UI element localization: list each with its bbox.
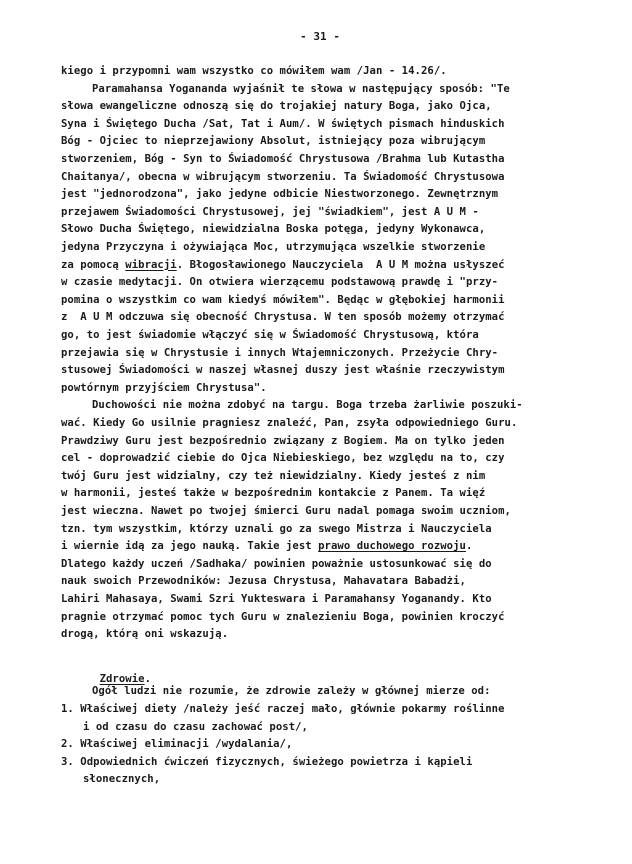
list-item: i od czasu do czasu zachować post/, xyxy=(83,720,308,734)
text-line: jest wieczna. Nawet po twojej śmierci Gu… xyxy=(61,504,511,518)
section-heading: Zdrowie. xyxy=(61,658,151,672)
text-line: w harmonii, jesteś także w bezpośrednim … xyxy=(61,486,485,500)
text-line: nauk swoich Przewodników: Jezusa Chrystu… xyxy=(61,574,466,588)
text-line: twój Guru jest widzialny, czy też niewid… xyxy=(61,469,485,483)
underlined-phrase: wibracji xyxy=(125,259,176,271)
text-line: Duchowości nie można zdobyć na targu. Bo… xyxy=(92,398,523,412)
text-line: jedyna Przyczyna i ożywiająca Moc, utrzy… xyxy=(61,240,485,254)
text-line: słowa ewangeliczne odnoszą się do trojak… xyxy=(61,99,492,113)
text-line: z A U M odczuwa się obecność Chrystusa. … xyxy=(61,310,505,324)
text-line: przejawia się w Chrystusie i innych Wtaj… xyxy=(61,346,498,360)
text-line: powtórnym przyjściem Chrystusa". xyxy=(61,381,267,395)
text-line: drogą, którą oni wskazują. xyxy=(61,627,228,641)
text-segment: za pomocą xyxy=(61,259,125,271)
text-line: tzn. tym wszystkim, którzy uznali go za … xyxy=(61,522,492,536)
underlined-phrase: prawo duchowego rozwoju xyxy=(318,540,466,552)
text-line: przejawem Świadomości Chrystusowej, jej … xyxy=(61,205,479,219)
text-segment: . Błogosławionego Nauczyciela A U M możn… xyxy=(177,259,505,271)
text-line: Lahiri Mahasaya, Swami Szri Yukteswara i… xyxy=(61,592,492,606)
text-line: kiego i przypomni wam wszystko co mówiłe… xyxy=(61,64,447,78)
text-line: pragnie otrzymać pomoc tych Guru w znale… xyxy=(61,610,505,624)
text-line: stworzeniem, Bóg - Syn to Świadomość Chr… xyxy=(61,152,505,166)
text-segment: . xyxy=(466,540,472,552)
text-line: go, to jest świadomie włączyć się w Świa… xyxy=(61,328,479,342)
text-segment: i wiernie idą za jego nauką. Takie jest xyxy=(61,540,318,552)
list-item: 2. Właściwej eliminacji /wydalania/, xyxy=(61,737,292,751)
text-line: cel - doprowadzić ciebie do Ojca Niebies… xyxy=(61,451,505,465)
text-line: i wiernie idą za jego nauką. Takie jest … xyxy=(61,539,472,553)
text-line: wać. Kiedy Go usilnie pragniesz znaleźć,… xyxy=(61,416,517,430)
text-line: stusowej Świadomości w naszej własnej du… xyxy=(61,363,505,377)
text-line: Chaitanya/, obecna w wibrującym stworzen… xyxy=(61,170,505,184)
document-page: - 31 - kiego i przypomni wam wszystko co… xyxy=(0,0,632,864)
section-intro: Ogół ludzi nie rozumie, że zdrowie zależ… xyxy=(92,684,491,698)
text-line: pomina o wszystkim co wam kiedyś mówiłem… xyxy=(61,293,505,307)
text-line: jest "jednorodzona", jako jedyne odbicie… xyxy=(61,187,498,201)
text-line: Syna i Świętego Ducha /Sat, Tat i Aum/. … xyxy=(61,117,505,131)
text-line: Bóg - Ojciec to nieprzejawiony Absolut, … xyxy=(61,134,485,148)
text-line: Prawdziwy Guru jest bezpośrednio związan… xyxy=(61,434,505,448)
text-line: Paramahansa Yogananda wyjaśnił te słowa … xyxy=(92,82,510,96)
text-line: za pomocą wibracji. Błogosławionego Nauc… xyxy=(61,258,505,272)
text-line: Słowo Ducha Świętego, niewidzialna Boska… xyxy=(61,222,485,236)
list-item: 1. Właściwej diety /należy jeść raczej m… xyxy=(61,702,505,716)
page-number: - 31 - xyxy=(300,30,340,44)
list-item: 3. Odpowiednich ćwiczeń fizycznych, świe… xyxy=(61,755,472,769)
list-item: słonecznych, xyxy=(83,772,160,786)
text-line: Dlatego każdy uczeń /Sadhaka/ powinien p… xyxy=(61,557,492,571)
text-line: w czasie medytacji. On otwiera wierzącem… xyxy=(61,275,498,289)
